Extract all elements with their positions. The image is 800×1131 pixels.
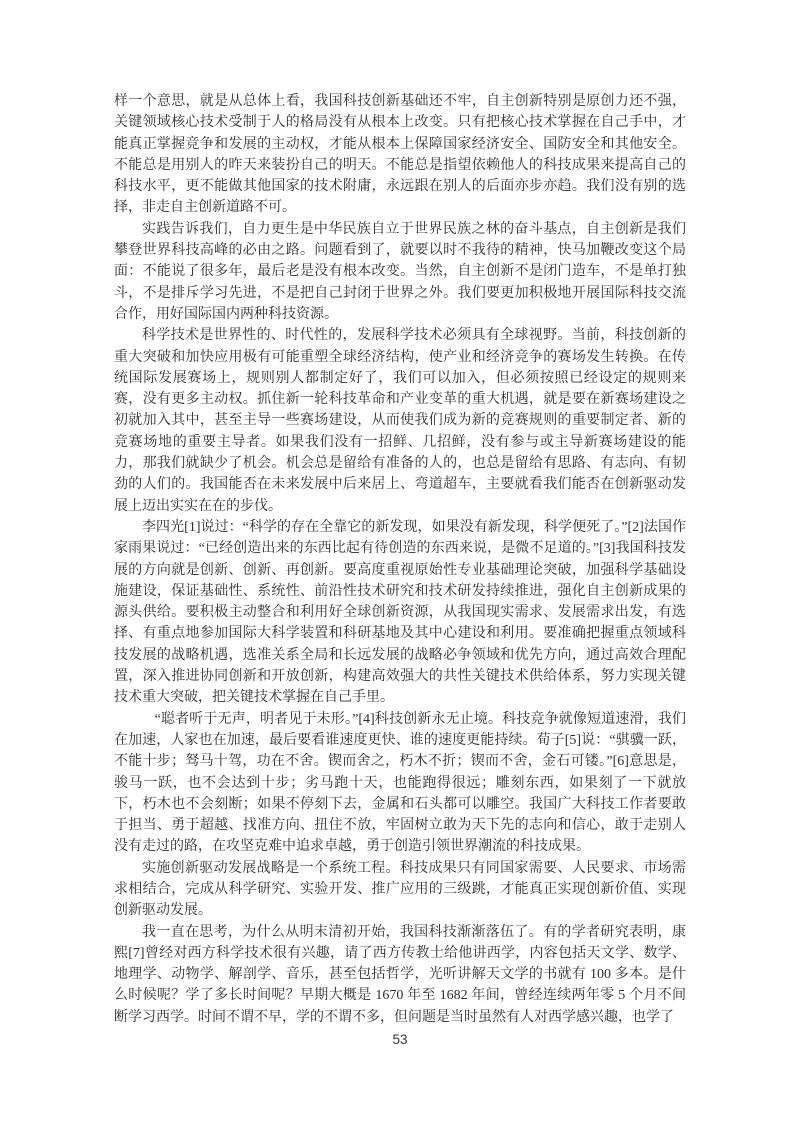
body-paragraph: 我一直在思考，为什么从明末清初开始，我国科技渐渐落伍了。有的学者研究表明，康熙[… xyxy=(114,922,686,1028)
body-paragraph: 样一个意思，就是从总体上看，我国科技创新基础还不牢，自主创新特别是原创力还不强，… xyxy=(114,91,686,219)
page-number: 53 xyxy=(0,1032,800,1047)
page-text-body: 样一个意思，就是从总体上看，我国科技创新基础还不牢，自主创新特别是原创力还不强，… xyxy=(114,91,686,1028)
body-paragraph: 实践告诉我们，自力更生是中华民族自立于世界民族之林的奋斗基点，自主创新是我们攀登… xyxy=(114,219,686,325)
document-page: 样一个意思，就是从总体上看，我国科技创新基础还不牢，自主创新特别是原创力还不强，… xyxy=(0,0,800,1131)
body-paragraph: 李四光[1]说过：“科学的存在全靠它的新发现，如果没有新发现，科学便死了。”[2… xyxy=(114,517,686,709)
body-paragraph: 实施创新驱动发展战略是一个系统工程。科技成果只有同国家需要、人民要求、市场需求相… xyxy=(114,858,686,922)
body-paragraph-quote: “聪者听于无声，明者见于未形。”[4]科技创新永无止境。科技竞争就像短道速滑，我… xyxy=(114,709,686,858)
body-paragraph: 科学技术是世界性的、时代性的，发展科学技术必须具有全球视野。当前，科技创新的重大… xyxy=(114,325,686,517)
